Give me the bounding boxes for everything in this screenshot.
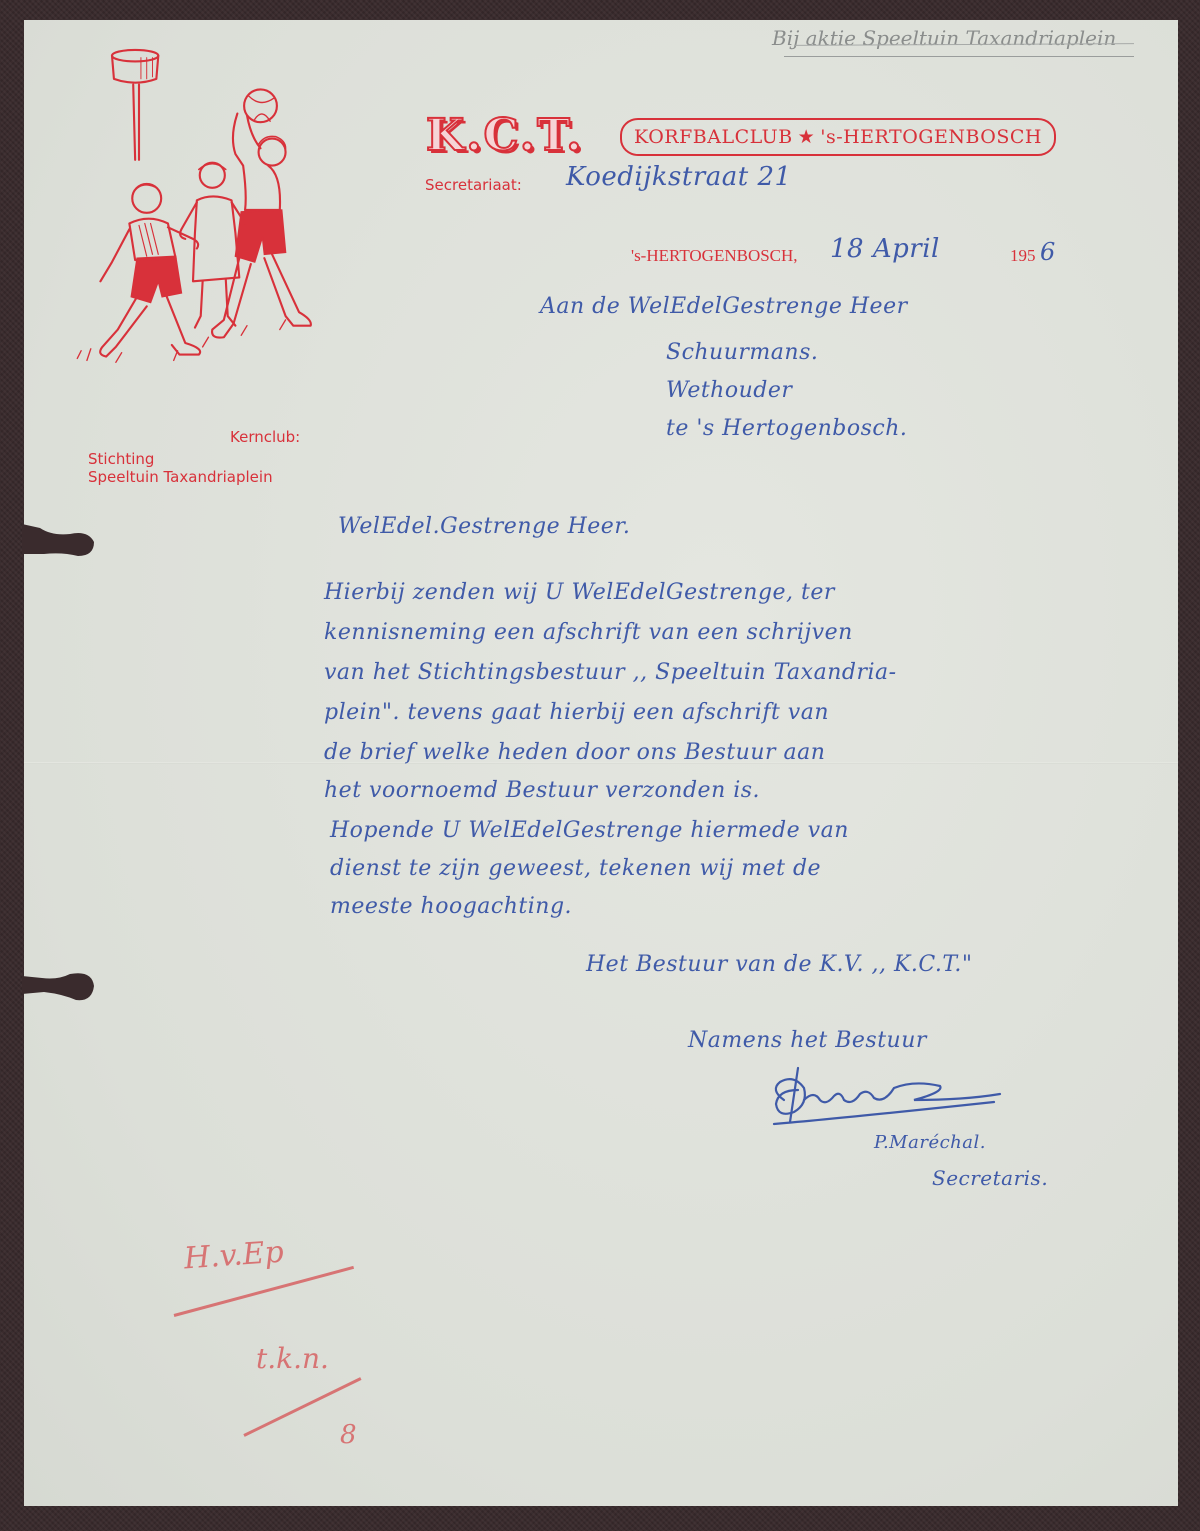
year-handwritten: 6 xyxy=(1040,238,1056,266)
club-logo: K.C.T. xyxy=(426,110,584,161)
signatory-name: P.Maréchal. xyxy=(874,1132,986,1153)
body-line: Hopende U WelEdelGestrenge hiermede van xyxy=(330,818,849,843)
body-line: plein". tevens gaat hierbij een afschrif… xyxy=(324,700,829,725)
body-line: van het Stichtingsbestuur ,, Speeltuin T… xyxy=(324,660,897,685)
punch-hole-top xyxy=(22,524,102,564)
body-line: het voornoemd Bestuur verzonden is. xyxy=(324,778,760,803)
club-name: KORFBALCLUB xyxy=(634,126,793,148)
punch-hole-bottom xyxy=(22,966,102,1006)
signatory-title: Secretaris. xyxy=(932,1166,1048,1190)
body-line: de brief welke heden door ons Bestuur aa… xyxy=(324,740,825,765)
addressee-line-1: Aan de WelEdelGestrenge Heer xyxy=(540,294,908,319)
closing-board-line: Het Bestuur van de K.V. ,, K.C.T." xyxy=(586,952,972,977)
pencil-underline xyxy=(784,56,1134,57)
korfball-players-illustration xyxy=(58,34,328,384)
kernclub-line-1: Stichting xyxy=(88,450,154,468)
addressee-line-4: te 's Hertogenbosch. xyxy=(666,416,907,441)
year-printed: 195 xyxy=(1010,246,1036,266)
letter-paper: Bij aktie Speeltuin Taxandriaplein xyxy=(24,20,1178,1506)
kernclub-label: Kernclub: xyxy=(230,428,300,446)
body-line: dienst te zijn geweest, tekenen wij met … xyxy=(330,856,821,881)
addressee-line-3: Wethouder xyxy=(666,378,792,403)
pencil-annotation: Bij aktie Speeltuin Taxandriaplein xyxy=(772,26,1116,50)
red-pencil-tkn: t.k.n. xyxy=(256,1342,329,1375)
body-line: meeste hoogachting. xyxy=(330,894,572,919)
body-line: Hierbij zenden wij U WelEdelGestrenge, t… xyxy=(324,580,835,605)
salutation: WelEdel.Gestrenge Heer. xyxy=(338,514,630,539)
star-icon: ★ xyxy=(798,126,816,148)
addressee-line-2: Schuurmans. xyxy=(666,340,818,365)
date-handwritten: 18 April xyxy=(830,234,940,264)
body-line: kennisneming een afschrift van een schri… xyxy=(324,620,853,645)
red-pencil-number: 8 xyxy=(340,1420,357,1450)
club-name-banner: KORFBALCLUB ★ 's-HERTOGENBOSCH xyxy=(620,118,1056,156)
kernclub-line-2: Speeltuin Taxandriaplein xyxy=(88,468,273,486)
red-pencil-initials: H.v.Ep xyxy=(183,1235,285,1277)
closing-on-behalf-line: Namens het Bestuur xyxy=(688,1028,927,1053)
signature: Maréchal xyxy=(764,1060,1044,1140)
place-label: 's-HERTOGENBOSCH, xyxy=(631,246,798,266)
club-city: 's-HERTOGENBOSCH xyxy=(820,126,1042,148)
secretariat-address: Koedijkstraat 21 xyxy=(566,162,792,192)
secretariat-label: Secretariaat: xyxy=(425,176,522,194)
